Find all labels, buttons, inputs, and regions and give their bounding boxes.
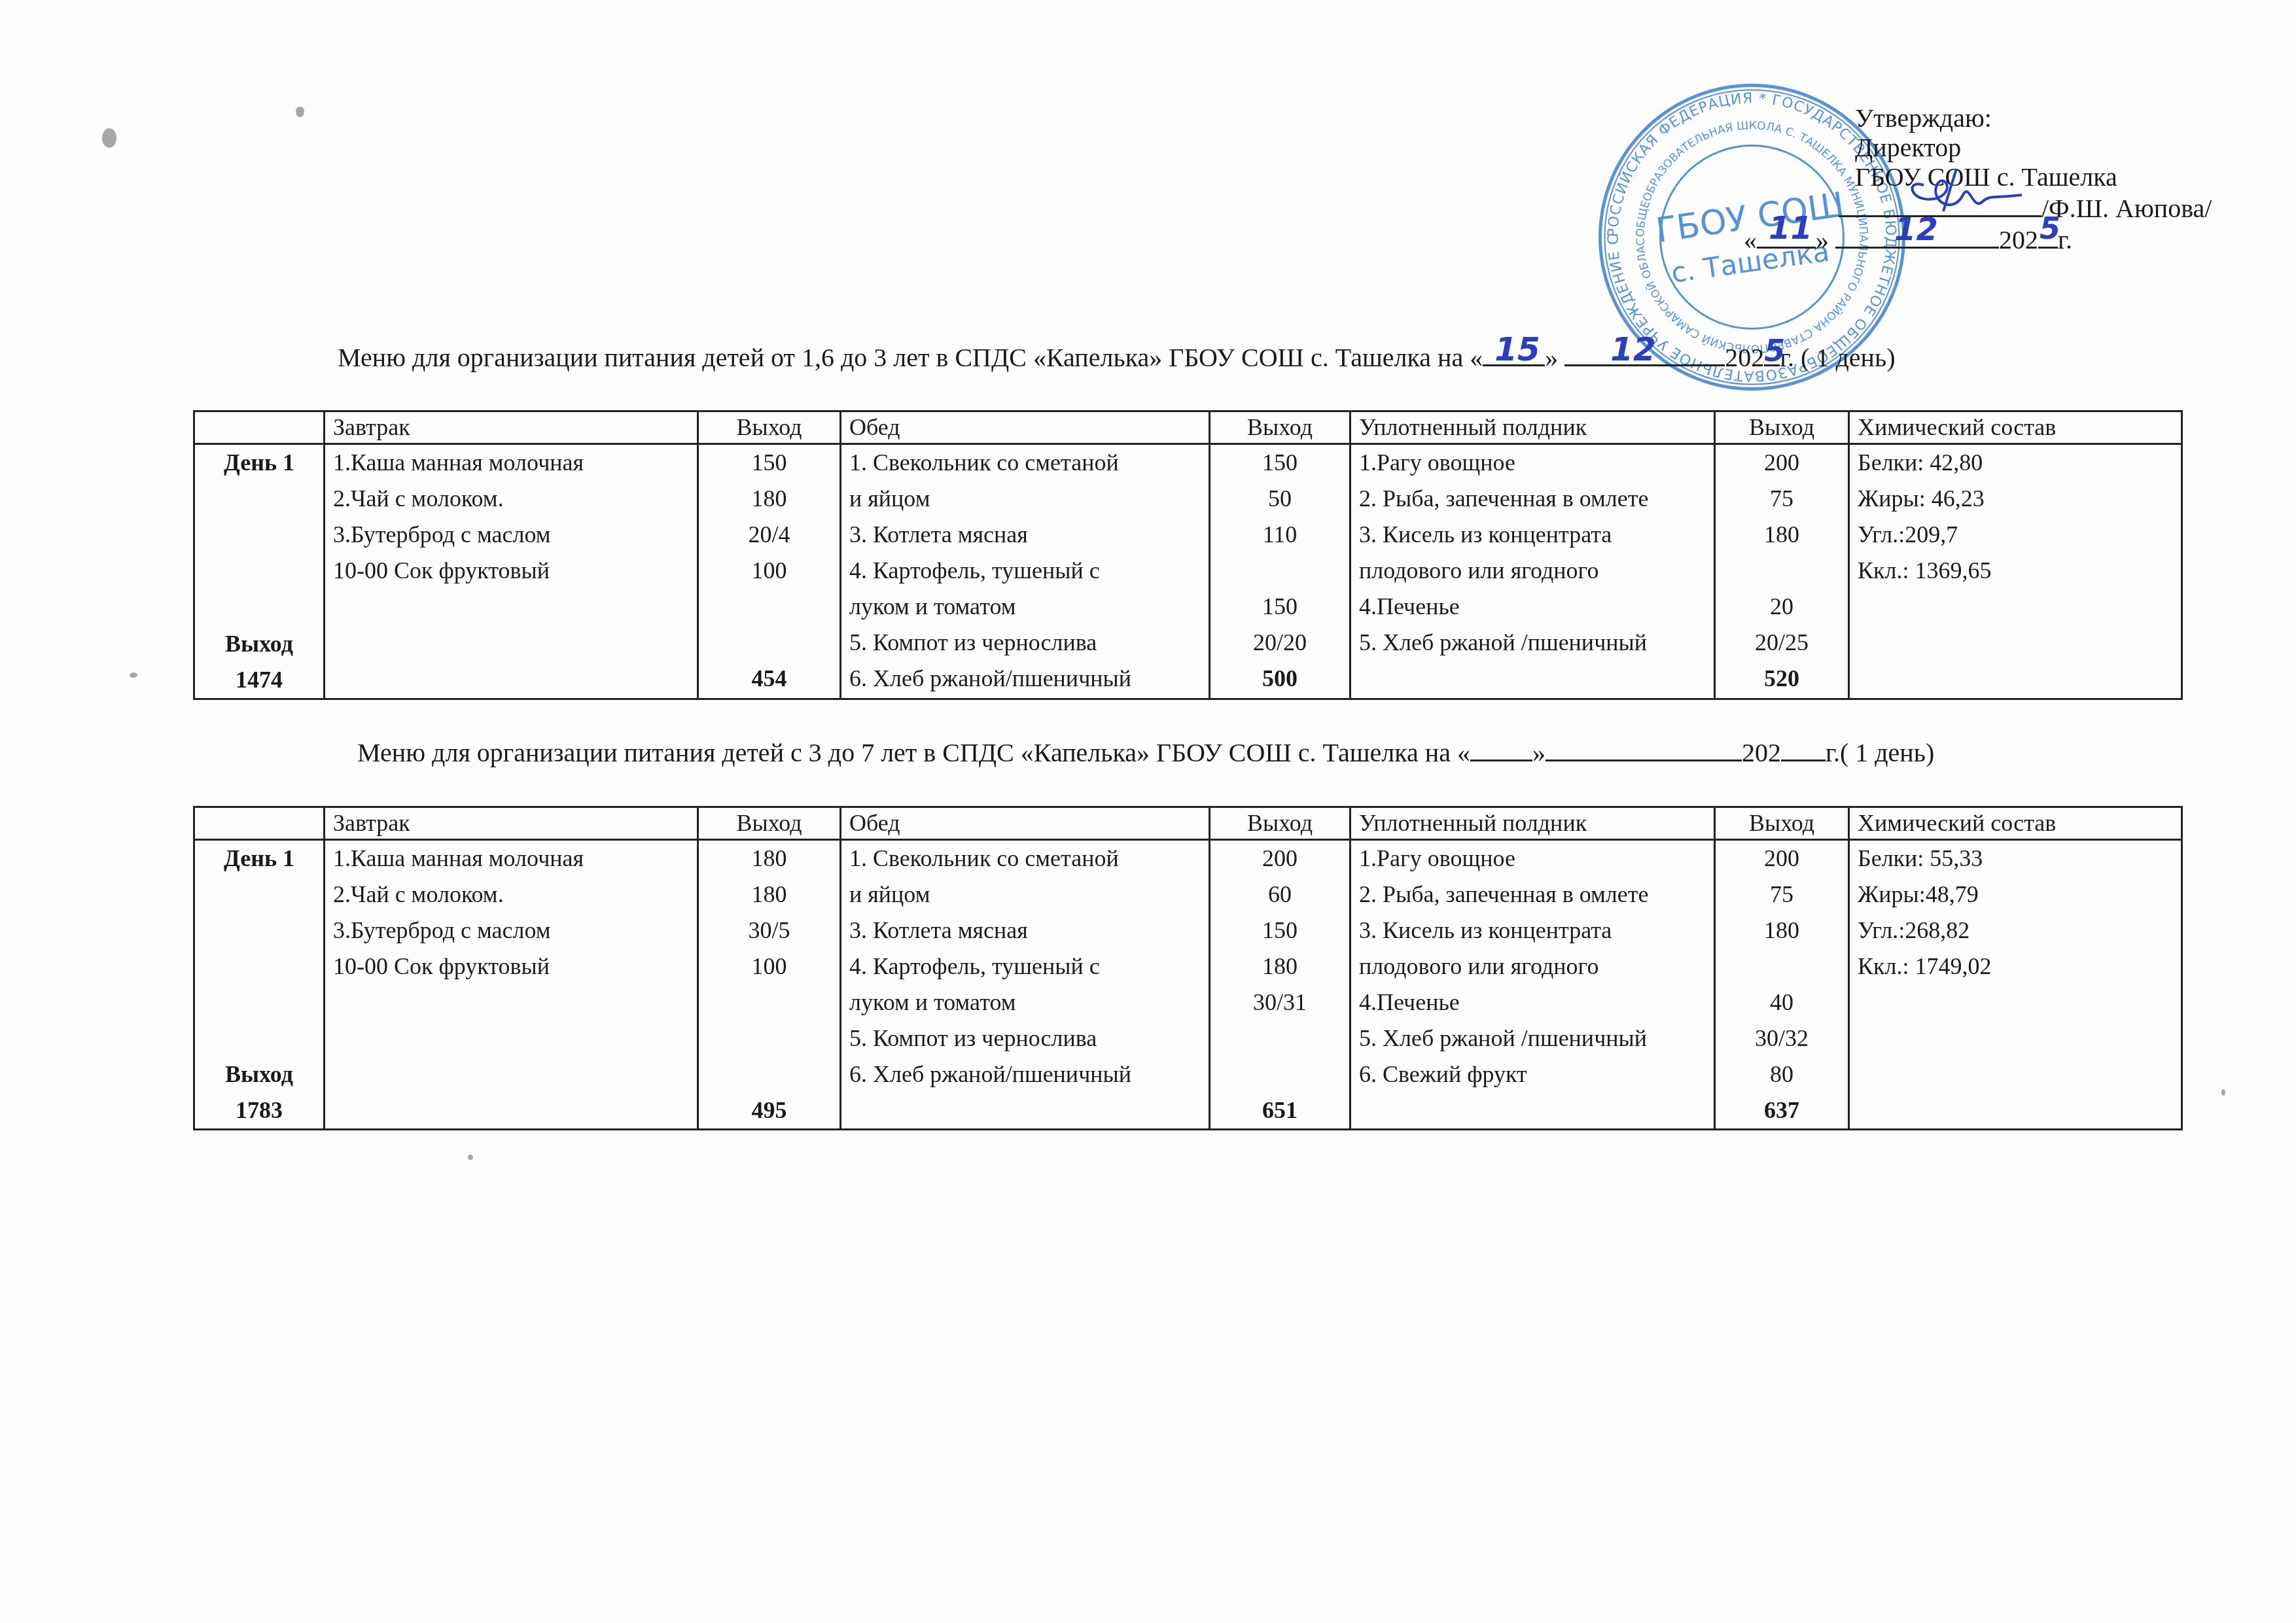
- title-suffix: г. ( 1 день): [1780, 343, 1895, 372]
- day-cell: День 1 Выход 1783: [194, 840, 325, 1130]
- cell-line: 5. Хлеб ржаной /пшеничный: [1359, 625, 1706, 661]
- cell-line: 4. Картофель, тушеный с: [849, 553, 1201, 589]
- cell-line: 200: [1723, 445, 1840, 481]
- cell-line: плодового или ягодного: [1359, 553, 1706, 589]
- menu1-day-field[interactable]: 15: [1483, 342, 1545, 366]
- cell-line: 30/5: [707, 913, 832, 949]
- breakfast-outputs: 18018030/5100495: [698, 840, 841, 1130]
- cell-line: [333, 589, 689, 625]
- menu-title-toddlers: Меню для организации питания детей от 1,…: [338, 342, 1895, 373]
- cell-line: 75: [1723, 481, 1840, 517]
- snack-items: 1.Рагу овощное2. Рыба, запеченная в омле…: [1351, 840, 1715, 1130]
- approval-position: Директор: [1855, 133, 2212, 162]
- menu2-year-field[interactable]: [1781, 737, 1826, 761]
- cell-line: 180: [707, 877, 832, 913]
- cell-line: 5. Хлеб ржаной /пшеничный: [1359, 1021, 1706, 1056]
- cell-line: 4.Печенье: [1359, 589, 1706, 625]
- cell-line: 100: [707, 949, 832, 985]
- total-label: Выход: [195, 1056, 323, 1092]
- day-cell: День 1 Выход 1474: [194, 444, 325, 699]
- scan-speck: [130, 672, 137, 678]
- cell-line: 20: [1723, 589, 1840, 625]
- cell-line: [333, 985, 689, 1021]
- cell-line: Белки: 55,33: [1858, 841, 2173, 877]
- cell-line: 180: [1218, 949, 1341, 985]
- cell-line: 180: [707, 841, 832, 877]
- cell-line: 1.Каша манная молочная: [333, 445, 689, 481]
- cell-line: 651: [1218, 1092, 1341, 1128]
- cell-line: 10-00 Сок фруктовый: [333, 553, 689, 589]
- cell-line: [1858, 661, 2173, 697]
- table-header-row: Завтрак Выход Обед Выход Уплотненный пол…: [194, 411, 2182, 444]
- header-lunch-output: Выход: [1210, 411, 1351, 444]
- table-row: День 1 Выход 1474 1.Каша манная молочная…: [194, 444, 2182, 699]
- header-chemical: Химический состав: [1849, 807, 2182, 840]
- menu2-month-field[interactable]: [1545, 737, 1742, 761]
- cell-line: 3. Котлета мясная: [849, 517, 1201, 553]
- header-lunch: Обед: [841, 411, 1210, 444]
- menu-title-preschool: Меню для организации питания детей с 3 д…: [357, 737, 1934, 768]
- cell-line: 30/31: [1218, 985, 1341, 1021]
- cell-line: 6. Свежий фрукт: [1359, 1056, 1706, 1092]
- cell-line: [333, 625, 689, 661]
- cell-line: [1359, 1092, 1706, 1128]
- cell-line: 150: [1218, 913, 1341, 949]
- approval-year-prefix: 202: [1999, 225, 2038, 254]
- cell-line: [707, 1056, 832, 1092]
- cell-line: [707, 985, 832, 1021]
- cell-line: [1858, 625, 2173, 661]
- cell-line: 6. Хлеб ржаной/пшеничный: [849, 1056, 1201, 1092]
- cell-line: 180: [707, 481, 832, 517]
- breakfast-items: 1.Каша манная молочная2.Чай с молоком.3.…: [325, 444, 698, 699]
- approval-year-field[interactable]: 5: [2038, 223, 2058, 249]
- cell-line: [1359, 661, 1706, 697]
- cell-line: 100: [707, 553, 832, 589]
- cell-line: 3.Бутерброд с маслом: [333, 913, 689, 949]
- handwritten-day: 11: [1769, 214, 1812, 243]
- cell-line: 40: [1723, 985, 1840, 1021]
- cell-line: Ккл.: 1749,02: [1858, 949, 2173, 985]
- cell-line: 60: [1218, 877, 1341, 913]
- cell-line: 1.Рагу овощное: [1359, 445, 1706, 481]
- chemical-composition: Белки: 42,80Жиры: 46,23Угл.:209,7Ккл.: 1…: [1849, 444, 2182, 699]
- header-lunch-output: Выход: [1210, 807, 1351, 840]
- cell-line: 20/4: [707, 517, 832, 553]
- cell-line: [1218, 1021, 1341, 1056]
- stamp-inner-text: ОБЩЕОБРАЗОВАТЕЛЬНАЯ ШКОЛА С. ТАШЕЛКА МУН…: [1597, 82, 1870, 355]
- scan-speck: [102, 128, 116, 148]
- cell-line: луком и томатом: [849, 589, 1201, 625]
- header-lunch: Обед: [841, 807, 1210, 840]
- cell-line: 5. Компот из чернослива: [849, 625, 1201, 661]
- day-label: День 1: [203, 445, 315, 481]
- total-value: 1783: [195, 1092, 323, 1128]
- total-value: 1474: [195, 662, 323, 698]
- cell-line: 2. Рыба, запеченная в омлете: [1359, 877, 1706, 913]
- approval-heading: Утверждаю:: [1855, 103, 2212, 133]
- cell-line: [1218, 553, 1341, 589]
- cell-line: 2.Чай с молоком.: [333, 481, 689, 517]
- cell-line: 150: [707, 445, 832, 481]
- header-breakfast-output: Выход: [698, 411, 841, 444]
- cell-line: 200: [1723, 841, 1840, 877]
- cell-line: 2. Рыба, запеченная в омлете: [1359, 481, 1706, 517]
- cell-line: 150: [1218, 445, 1341, 481]
- menu2-day-field[interactable]: [1470, 737, 1532, 761]
- handwritten-month: 12: [1894, 215, 1938, 245]
- cell-line: Белки: 42,80: [1858, 445, 2173, 481]
- header-snack-output: Выход: [1715, 807, 1849, 840]
- title-quote-close: »: [1532, 738, 1545, 767]
- approval-day-field[interactable]: 11: [1757, 223, 1816, 249]
- cell-line: 80: [1723, 1056, 1840, 1092]
- cell-line: 3.Бутерброд с маслом: [333, 517, 689, 553]
- title-suffix: г.( 1 день): [1826, 738, 1934, 767]
- cell-line: 20/20: [1218, 625, 1341, 661]
- total-label: Выход: [195, 626, 323, 662]
- cell-line: луком и томатом: [849, 985, 1201, 1021]
- signature-line: [1839, 192, 2041, 217]
- cell-line: Жиры: 46,23: [1858, 481, 2173, 517]
- cell-line: 50: [1218, 481, 1341, 517]
- cell-line: 500: [1218, 661, 1341, 697]
- svg-text:ОБЩЕОБРАЗОВАТЕЛЬНАЯ ШКОЛА С. Т: ОБЩЕОБРАЗОВАТЕЛЬНАЯ ШКОЛА С. ТАШЕЛКА МУН…: [1597, 82, 1870, 355]
- header-chemical: Химический состав: [1849, 411, 2182, 444]
- signature-icon: [1898, 166, 2028, 218]
- cell-line: 1.Рагу овощное: [1359, 841, 1706, 877]
- cell-line: 180: [1723, 517, 1840, 553]
- cell-line: [333, 1092, 689, 1128]
- cell-line: 150: [1218, 589, 1341, 625]
- header-breakfast: Завтрак: [325, 807, 698, 840]
- cell-line: 6. Хлеб ржаной/пшеничный: [849, 661, 1201, 697]
- cell-line: и яйцом: [849, 877, 1201, 913]
- menu1-month-field[interactable]: 12: [1564, 342, 1725, 366]
- handwritten-year-digit: 5: [2040, 214, 2060, 243]
- cell-line: Угл.:209,7: [1858, 517, 2173, 553]
- cell-line: [1858, 589, 2173, 625]
- cell-line: [1858, 1092, 2173, 1128]
- lunch-items: 1. Свекольник со сметанойи яйцом3. Котле…: [841, 444, 1210, 699]
- cell-line: Жиры:48,79: [1858, 877, 2173, 913]
- approval-month-field[interactable]: 12: [1835, 223, 1999, 249]
- day-label: День 1: [203, 841, 315, 877]
- cell-line: [1723, 553, 1840, 589]
- cell-line: 520: [1723, 661, 1840, 697]
- header-snack-output: Выход: [1715, 411, 1849, 444]
- cell-line: [1858, 1021, 2173, 1056]
- cell-line: [1858, 985, 2173, 1021]
- cell-line: 3. Котлета мясная: [849, 913, 1201, 949]
- title-year: 202: [1725, 343, 1764, 372]
- cell-line: 2.Чай с молоком.: [333, 877, 689, 913]
- lunch-items: 1. Свекольник со сметанойи яйцом3. Котле…: [841, 840, 1210, 1130]
- title-year: 202: [1742, 738, 1781, 767]
- handwritten-year-digit: 5: [1764, 333, 1785, 368]
- breakfast-items: 1.Каша манная молочная2.Чай с молоком.3.…: [325, 840, 698, 1130]
- cell-line: [333, 1021, 689, 1056]
- header-breakfast: Завтрак: [325, 411, 698, 444]
- cell-line: [1858, 1056, 2173, 1092]
- title-quote-close: »: [1545, 343, 1558, 372]
- cell-line: 30/32: [1723, 1021, 1840, 1056]
- approval-block: Утверждаю: Директор ГБОУ СОШ с. Ташелка …: [1855, 103, 2212, 254]
- cell-line: 75: [1723, 877, 1840, 913]
- quote-open: «: [1744, 225, 1757, 254]
- breakfast-outputs: 15018020/4100454: [698, 444, 841, 699]
- cell-line: Угл.:268,82: [1858, 913, 2173, 949]
- cell-line: [333, 1056, 689, 1092]
- header-day: [194, 411, 325, 444]
- title-text: Меню для организации питания детей от 1,…: [338, 343, 1483, 372]
- cell-line: и яйцом: [849, 481, 1201, 517]
- cell-line: 110: [1218, 517, 1341, 553]
- cell-line: 495: [707, 1092, 832, 1128]
- cell-line: 4. Картофель, тушеный с: [849, 949, 1201, 985]
- cell-line: [707, 589, 832, 625]
- cell-line: 4.Печенье: [1359, 985, 1706, 1021]
- scan-speck: [468, 1155, 473, 1160]
- snack-outputs: 200751804030/3280637: [1715, 840, 1849, 1130]
- table-header-row: Завтрак Выход Обед Выход Уплотненный пол…: [194, 807, 2182, 840]
- cell-line: [707, 625, 832, 661]
- lunch-outputs: 1505011015020/20500: [1210, 444, 1351, 699]
- signatory-name: /Ф.Ш. Аюпова/: [2041, 194, 2212, 223]
- scan-speck: [2221, 1089, 2225, 1096]
- table-row: День 1 Выход 1783 1.Каша манная молочная…: [194, 840, 2182, 1130]
- cell-line: 3. Кисель из концентрата: [1359, 517, 1706, 553]
- cell-line: 20/25: [1723, 625, 1840, 661]
- cell-line: плодового или ягодного: [1359, 949, 1706, 985]
- handwritten-month: 12: [1610, 330, 1656, 368]
- scan-speck: [296, 107, 304, 117]
- chemical-composition: Белки: 55,33Жиры:48,79Угл.:268,82Ккл.: 1…: [1849, 840, 2182, 1130]
- header-breakfast-output: Выход: [698, 807, 841, 840]
- cell-line: 3. Кисель из концентрата: [1359, 913, 1706, 949]
- cell-line: [707, 1021, 832, 1056]
- snack-items: 1.Рагу овощное2. Рыба, запеченная в омле…: [1351, 444, 1715, 699]
- cell-line: 10-00 Сок фруктовый: [333, 949, 689, 985]
- quote-close: »: [1816, 225, 1829, 254]
- menu1-year-field[interactable]: 5: [1764, 342, 1780, 366]
- handwritten-day: 15: [1494, 330, 1540, 368]
- snack-outputs: 200751802020/25520: [1715, 444, 1849, 699]
- cell-line: 180: [1723, 913, 1840, 949]
- cell-line: [849, 1092, 1201, 1128]
- cell-line: 637: [1723, 1092, 1840, 1128]
- header-day: [194, 807, 325, 840]
- title-text: Меню для организации питания детей с 3 д…: [357, 738, 1470, 767]
- cell-line: 1. Свекольник со сметаной: [849, 841, 1201, 877]
- cell-line: Ккл.: 1369,65: [1858, 553, 2173, 589]
- header-snack: Уплотненный полдник: [1351, 807, 1715, 840]
- cell-line: [1218, 1056, 1341, 1092]
- cell-line: 1.Каша манная молочная: [333, 841, 689, 877]
- lunch-outputs: 2006015018030/31651: [1210, 840, 1351, 1130]
- cell-line: 1. Свекольник со сметаной: [849, 445, 1201, 481]
- cell-line: 454: [707, 661, 832, 697]
- menu-table-toddlers: Завтрак Выход Обед Выход Уплотненный пол…: [193, 410, 2183, 700]
- cell-line: [1723, 949, 1840, 985]
- cell-line: [333, 661, 689, 697]
- header-snack: Уплотненный полдник: [1351, 411, 1715, 444]
- cell-line: 5. Компот из чернослива: [849, 1021, 1201, 1056]
- cell-line: 200: [1218, 841, 1341, 877]
- menu-table-preschool: Завтрак Выход Обед Выход Уплотненный пол…: [193, 806, 2183, 1130]
